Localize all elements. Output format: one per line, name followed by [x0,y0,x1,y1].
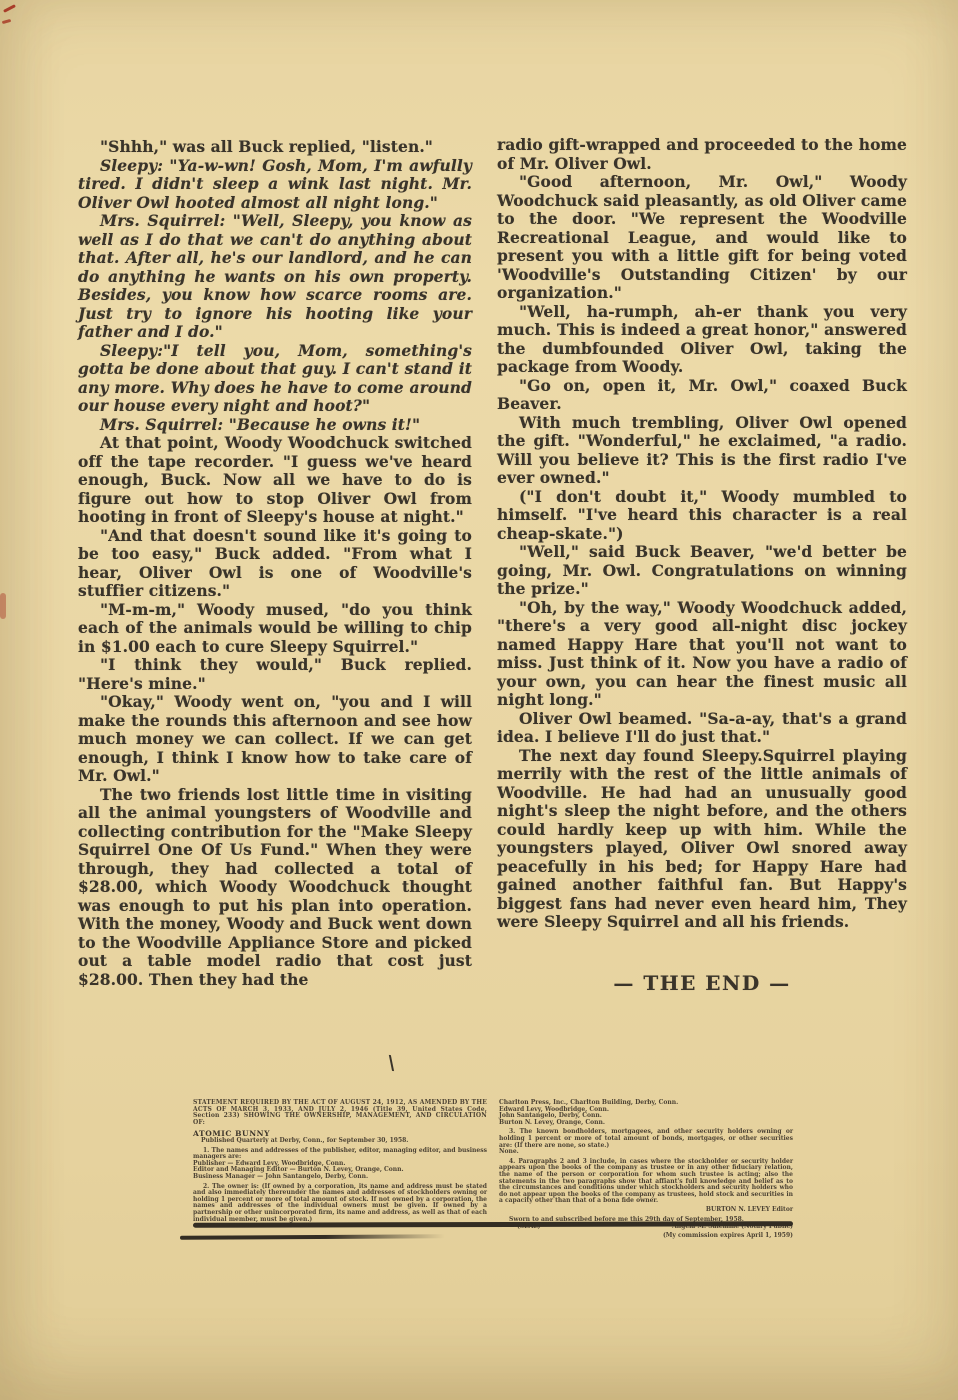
story-paragraph: Oliver Owl beamed. "Sa-a-ay, that's a gr… [497,710,907,747]
statement-line: Business Manager — John Santangelo, Derb… [193,1174,487,1181]
story-paragraph: At that point, Woody Woodchuck switched … [78,434,472,527]
statement-line: 3. The known bondholders, mortgagees, an… [499,1129,793,1149]
story-paragraph: The next day found Sleepy.Squirrel playi… [497,747,907,932]
magazine-page: "Shhh," was all Buck replied, "listen."S… [0,0,958,1400]
statement-line: Published Quarterly at Derby, Conn., for… [193,1138,487,1145]
story-paragraph: "Well," said Buck Beaver, "we'd better b… [497,543,907,599]
story-paragraph: "Okay," Woody went on, "you and I will m… [78,693,472,786]
story-paragraph: With much trembling, Oliver Owl opened t… [497,414,907,488]
the-end-label: — THE END — [497,974,907,993]
story-right-column: radio gift-wrapped and proceeded to the … [497,136,907,992]
story-paragraph: Sleepy: "Ya-w-wn! Gosh, Mom, I'm awfully… [78,157,472,213]
statement-line: STATEMENT REQUIRED BY THE ACT OF AUGUST … [193,1100,487,1126]
statement-line: (My commission expires April 1, 1959) [499,1233,793,1240]
story-paragraph: radio gift-wrapped and proceeded to the … [497,136,907,173]
story-paragraph: Mrs. Squirrel: "Well, Sleepy, you know a… [78,212,472,342]
red-ink-mark [2,19,11,24]
story-paragraph: "Well, ha-rumph, ah-er thank you very mu… [497,303,907,377]
story-paragraph: "Good afternoon, Mr. Owl," Woody Woodchu… [497,173,907,303]
story-paragraph: The two friends lost little time in visi… [78,786,472,990]
story-paragraph: Sleepy:"I tell you, Mom, something's got… [78,342,472,416]
story-paragraph: "And that doesn't sound like it's going … [78,527,472,601]
red-ink-mark [3,4,16,13]
ownership-statement: STATEMENT REQUIRED BY THE ACT OF AUGUST … [193,1100,793,1239]
statement-right-column: Charlton Press, Inc., Charlton Building,… [499,1100,793,1239]
story-paragraph: "Shhh," was all Buck replied, "listen." [78,138,472,157]
story-paragraph: "Go on, open it, Mr. Owl," coaxed Buck B… [497,377,907,414]
story-paragraph: "Oh, by the way," Woody Woodchuck added,… [497,599,907,710]
statement-line: Burton N. Levey, Orange, Conn. [499,1120,793,1127]
stray-pen-mark: \ [387,1052,396,1075]
statement-line: 2. The owner is: (If owned by a corporat… [193,1184,487,1224]
statement-line: None. [499,1149,793,1156]
statement-left-column: STATEMENT REQUIRED BY THE ACT OF AUGUST … [193,1100,487,1239]
story-paragraph: "I think they would," Buck replied. "Her… [78,656,472,693]
story-left-column: "Shhh," was all Buck replied, "listen."S… [78,138,472,989]
statement-line: 4. Paragraphs 2 and 3 include, in cases … [499,1159,793,1205]
red-ink-smudge [0,593,6,619]
story-paragraph: Mrs. Squirrel: "Because he owns it!" [78,416,472,435]
story-paragraph: "M-m-m," Woody mused, "do you think each… [78,601,472,657]
story-paragraph: ("I don't doubt it," Woody mumbled to hi… [497,488,907,544]
statement-line: BURTON N. LEVEY Editor [499,1207,793,1214]
statement-line: 1. The names and addresses of the publis… [193,1148,487,1161]
